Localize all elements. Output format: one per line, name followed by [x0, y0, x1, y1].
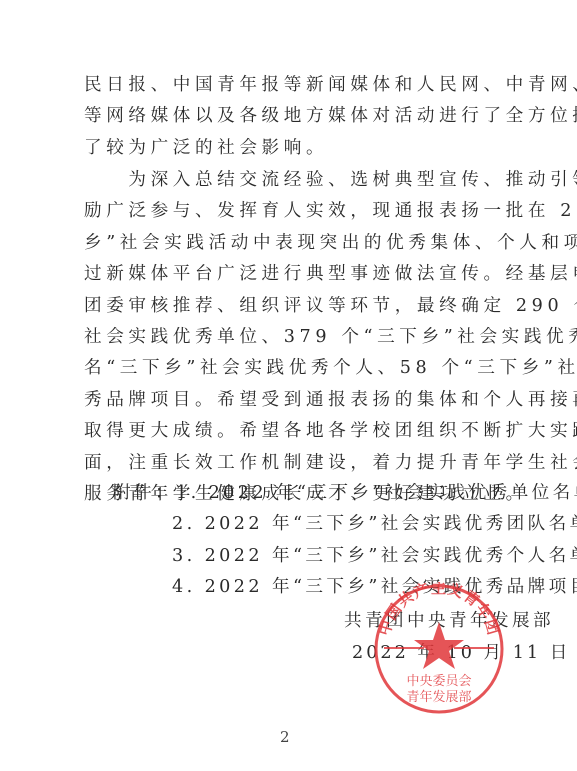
document-page: 民日报、中国青年报等新闻媒体和人民网、中青网、中青在线 等网络媒体以及各级地方媒…: [0, 0, 577, 771]
seal-inner-line1: 中央委员会: [406, 673, 471, 689]
attachment-item-2: 2. 2022 年“三下乡”社会实践优秀团队名单: [113, 509, 577, 540]
text-line: 名“三下乡”社会实践优秀个人、58 个“三下乡”社会实践优: [84, 353, 508, 384]
text-line: 团委审核推荐、组织评议等环节，最终确定 290 个“三下乡”: [84, 291, 508, 322]
attachment-item-4: 4. 2022 年“三下乡”社会实践优秀品牌项目名单: [113, 572, 577, 603]
paragraph-media-coverage: 民日报、中国青年报等新闻媒体和人民网、中青网、中青在线 等网络媒体以及各级地方媒…: [84, 70, 508, 164]
official-seal-stamp: 中国共产主义青年团 中央委员会 青年发展部: [372, 582, 506, 716]
attachment-item-3: 3. 2022 年“三下乡”社会实践优秀个人名单: [113, 541, 577, 572]
text-line: 社会实践优秀单位、379 个“三下乡”社会实践优秀团队、198: [84, 322, 508, 353]
attachments-label: 附件：: [113, 483, 176, 503]
text-line: 面，注重长效工作机制建设，着力提升青年学生社会化能力，: [84, 448, 508, 479]
paragraph-commendation: 为深入总结交流经验、选树典型宣传、推动引领示范、激 励广泛参与、发挥育人实效，现…: [84, 165, 508, 510]
text-line: 取得更大成绩。希望各地各学校团组织不断扩大实践育人覆盖: [84, 416, 508, 447]
attachment-item-1: 附件：1. 2022 年“三下乡”社会实践优秀单位名单: [113, 478, 577, 509]
text-line: 等网络媒体以及各级地方媒体对活动进行了全方位报道，产生: [84, 101, 508, 132]
text-line: 过新媒体平台广泛进行典型事迹做法宣传。经基层申报、省级: [84, 259, 508, 290]
attachments-list: 附件：1. 2022 年“三下乡”社会实践优秀单位名单 2. 2022 年“三下…: [113, 478, 577, 604]
text-line: 秀品牌项目。希望受到通报表扬的集体和个人再接再厉，不断: [84, 385, 508, 416]
page-number: 2: [280, 728, 290, 746]
text-line: 为深入总结交流经验、选树典型宣传、推动引领示范、激: [84, 165, 508, 196]
text-line: 了较为广泛的社会影响。: [84, 133, 508, 164]
seal-inner-line2: 青年发展部: [406, 689, 471, 705]
text-line: 民日报、中国青年报等新闻媒体和人民网、中青网、中青在线: [84, 70, 508, 101]
text-line: 励广泛参与、发挥育人实效，现通报表扬一批在 2022 年“三下: [84, 196, 508, 227]
text-line: 乡”社会实践活动中表现突出的优秀集体、个人和项目，并通: [84, 228, 508, 259]
star-icon: [414, 622, 464, 669]
